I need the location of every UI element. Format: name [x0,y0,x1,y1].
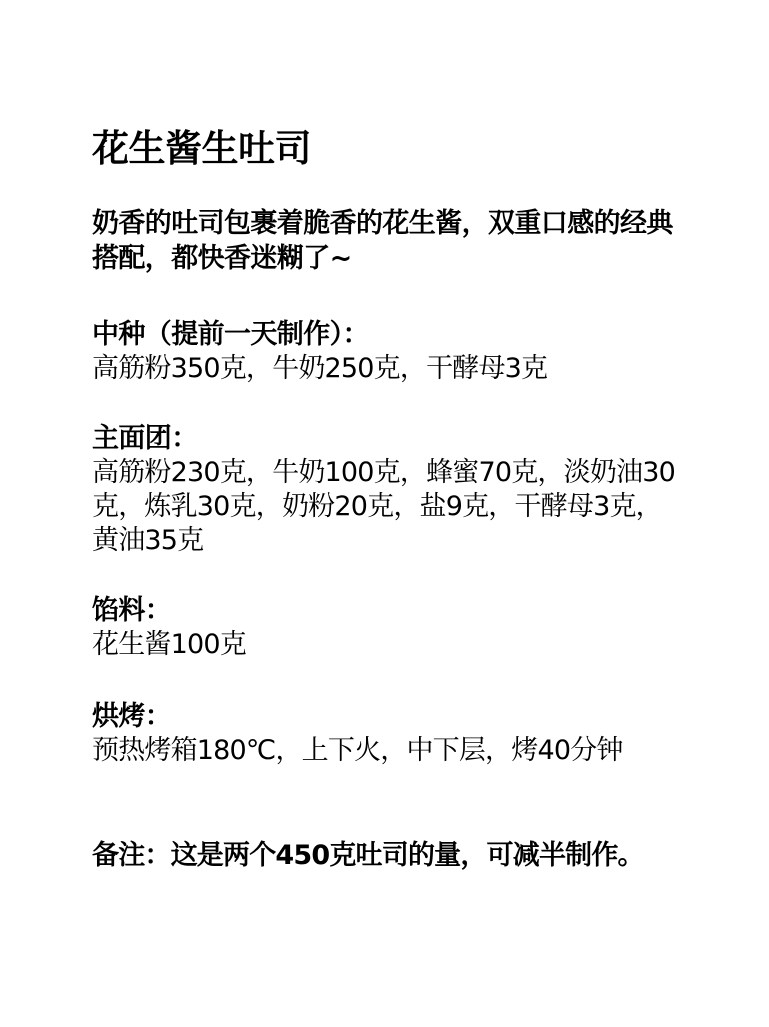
section-heading: 烘烤： [92,700,682,734]
recipe-note: 备注：这是两个450克吐司的量，可减半制作。 [92,838,644,874]
section-body: 高筋粉350克，牛奶250克，干酵母3克 [92,352,682,386]
section-body: 花生酱100克 [92,628,682,662]
section-baking: 烘烤： 预热烤箱180℃，上下火，中下层，烤40分钟 [92,700,682,768]
section-filling: 馅料： 花生酱100克 [92,594,682,662]
recipe-intro: 奶香的吐司包裹着脆香的花生酱，双重口感的经典搭配，都快香迷糊了~ [92,206,692,276]
section-body: 高筋粉230克，牛奶100克，蜂蜜70克，淡奶油30克，炼乳30克，奶粉20克，… [92,456,682,558]
section-heading: 中种（提前一天制作）： [92,318,682,352]
section-main-dough: 主面团： 高筋粉230克，牛奶100克，蜂蜜70克，淡奶油30克，炼乳30克，奶… [92,422,682,558]
section-body: 预热烤箱180℃，上下火，中下层，烤40分钟 [92,734,682,768]
section-heading: 馅料： [92,594,682,628]
recipe-title: 花生酱生吐司 [92,124,311,174]
section-sponge: 中种（提前一天制作）： 高筋粉350克，牛奶250克，干酵母3克 [92,318,682,386]
section-heading: 主面团： [92,422,682,456]
